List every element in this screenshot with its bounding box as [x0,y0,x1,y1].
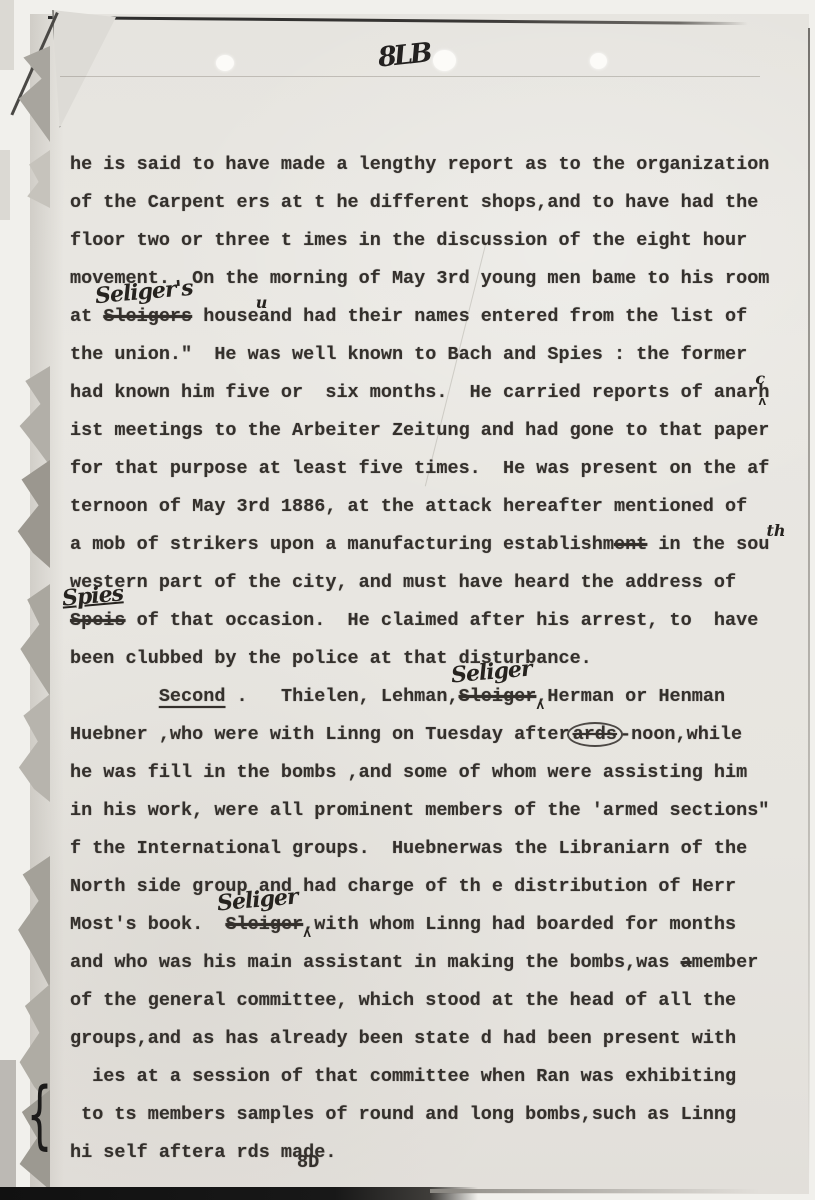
typed-line: to ts members samples of round and long … [70,1096,781,1134]
scan-bottom-edge [0,1187,478,1200]
typed-line: Huebner ,who were with Linng on Tuesday … [70,716,781,754]
typed-text-segment: the union." He was well known to Bach an… [70,344,747,365]
typed-text-segment: groups,and as has already been state d h… [70,1028,736,1049]
typed-text-segment: Huebner ,who were with Linng on Tuesday … [70,724,570,745]
typed-text-segment: had known him five or six months. He car… [70,382,758,403]
typed-line: had known him five or six months. He car… [70,374,781,412]
typed-text-segment: and had their names entered from the lis… [259,306,747,327]
torn-corner-curl: { [27,1078,53,1152]
struck-text: ent [614,534,647,555]
typed-text-segment: a mob of strikers upon a manufacturing e… [70,534,614,555]
page-number: 8D [297,1152,319,1173]
handwritten-insert: th [766,523,785,539]
struck-text: a [681,952,692,973]
typed-line: western part of the city, and must have … [70,564,781,602]
typed-text-segment: -noon,while [620,724,742,745]
typed-text-segment: . Thielen, Lehman, [225,686,458,707]
typed-text-segment: ist meetings to the Arbeiter Zeitung and… [70,420,769,441]
typed-line: he was fill in the bombs ,and some of wh… [70,754,781,792]
typed-line: SpiesSpeis of that occasion. He claimed … [70,602,781,640]
typed-text-segment [70,686,159,707]
caret-mark: ʌ [536,699,544,712]
typed-text-segment: f the International groups. Huebnerwas t… [70,838,747,859]
struck-text: Speis [70,610,126,631]
caret-mark: ʌ [758,395,766,408]
typed-text-segment: Most's book. [70,914,225,935]
handwritten-correction: Seliger [217,886,299,915]
typed-line: North side group and had charge of th e … [70,868,781,906]
typed-line: for that purpose at least five times. He… [70,450,781,488]
typed-text-segment: he was fill in the bombs ,and some of wh… [70,762,747,783]
handwritten-correction: Seliger [450,658,532,687]
typed-text-segment: house [192,306,259,327]
typed-line: been clubbed by the police at that distu… [70,640,781,678]
typed-line: ies at a session of that committee when … [70,1058,781,1096]
typed-line: a mob of strikers upon a manufacturing e… [70,526,781,564]
typed-text: he is said to have made a lengthy report… [0,0,815,1172]
typed-text-segment: for that purpose at least five times. He… [70,458,769,479]
typed-text-segment: and who was his main assistant in making… [70,952,681,973]
typed-line: of the general committee, which stood at… [70,982,781,1020]
typed-text-segment: Herman or Henman [547,686,725,707]
typed-line: in his work, were all prominent members … [70,792,781,830]
typed-text-segment: ternoon of May 3rd 1886, at the attack h… [70,496,747,517]
typed-text-segment: of that occasion. He claimed after his a… [126,610,759,631]
typed-line: of the Carpent ers at t he different sho… [70,184,781,222]
typed-text-segment: with whom Linng had boarded for months [314,914,736,935]
typed-line: floor two or three t imes in the discuss… [70,222,781,260]
typed-line: he is said to have made a lengthy report… [70,146,781,184]
typed-text-segment: member [692,952,759,973]
typed-line: ist meetings to the Arbeiter Zeitung and… [70,412,781,450]
struck-text: Sleiger [225,914,303,935]
typed-text-segment: western part of the city, and must have … [70,572,736,593]
paper-bottom-shadow [430,1189,760,1193]
typed-line: hi self aftera rds made. [70,1134,781,1172]
typed-text-segment: to ts members samples of round and long … [70,1104,736,1125]
typed-line: at Seliger'sSleigers houseuand had their… [70,298,781,336]
typed-line: the union." He was well known to Bach an… [70,336,781,374]
typed-text-segment: North side group and had charge of th e … [70,876,736,897]
handwritten-correction: Spies [61,582,124,609]
typed-line: Second . Thielen, Lehman,SeligerSleiger,… [70,678,781,716]
typed-text-segment: at [70,306,103,327]
handwritten-correction: Seliger's [95,277,194,307]
typed-line: f the International groups. Huebnerwas t… [70,830,781,868]
typed-line: and who was his main assistant in making… [70,944,781,982]
typed-text-segment: he is said to have made a lengthy report… [70,154,769,175]
typed-text-segment: floor two or three t imes in the discuss… [70,230,747,251]
typed-text-segment: of the Carpent ers at t he different sho… [70,192,758,213]
typed-text-segment: in his work, were all prominent members … [70,800,769,821]
typed-line: Most's book. SeligerSleiger,ʌwith whom L… [70,906,781,944]
handwritten-insert: u [256,295,268,311]
typed-text-segment: of the general committee, which stood at… [70,990,736,1011]
handwritten-insert: c [755,371,765,387]
typed-line: ternoon of May 3rd 1886, at the attack h… [70,488,781,526]
typed-text-segment: in the sou [647,534,769,555]
document-scan: 8LB he is said to have made a lengthy re… [0,0,815,1200]
typed-line: groups,and as has already been state d h… [70,1020,781,1058]
circled-struck-text: ards [567,722,623,747]
underlined-text: Second [159,686,226,707]
struck-text: Sleiger [459,686,537,707]
struck-text: Sleigers [103,306,192,327]
typed-text-segment: ies at a session of that committee when … [70,1066,736,1087]
caret-mark: ʌ [303,927,311,940]
